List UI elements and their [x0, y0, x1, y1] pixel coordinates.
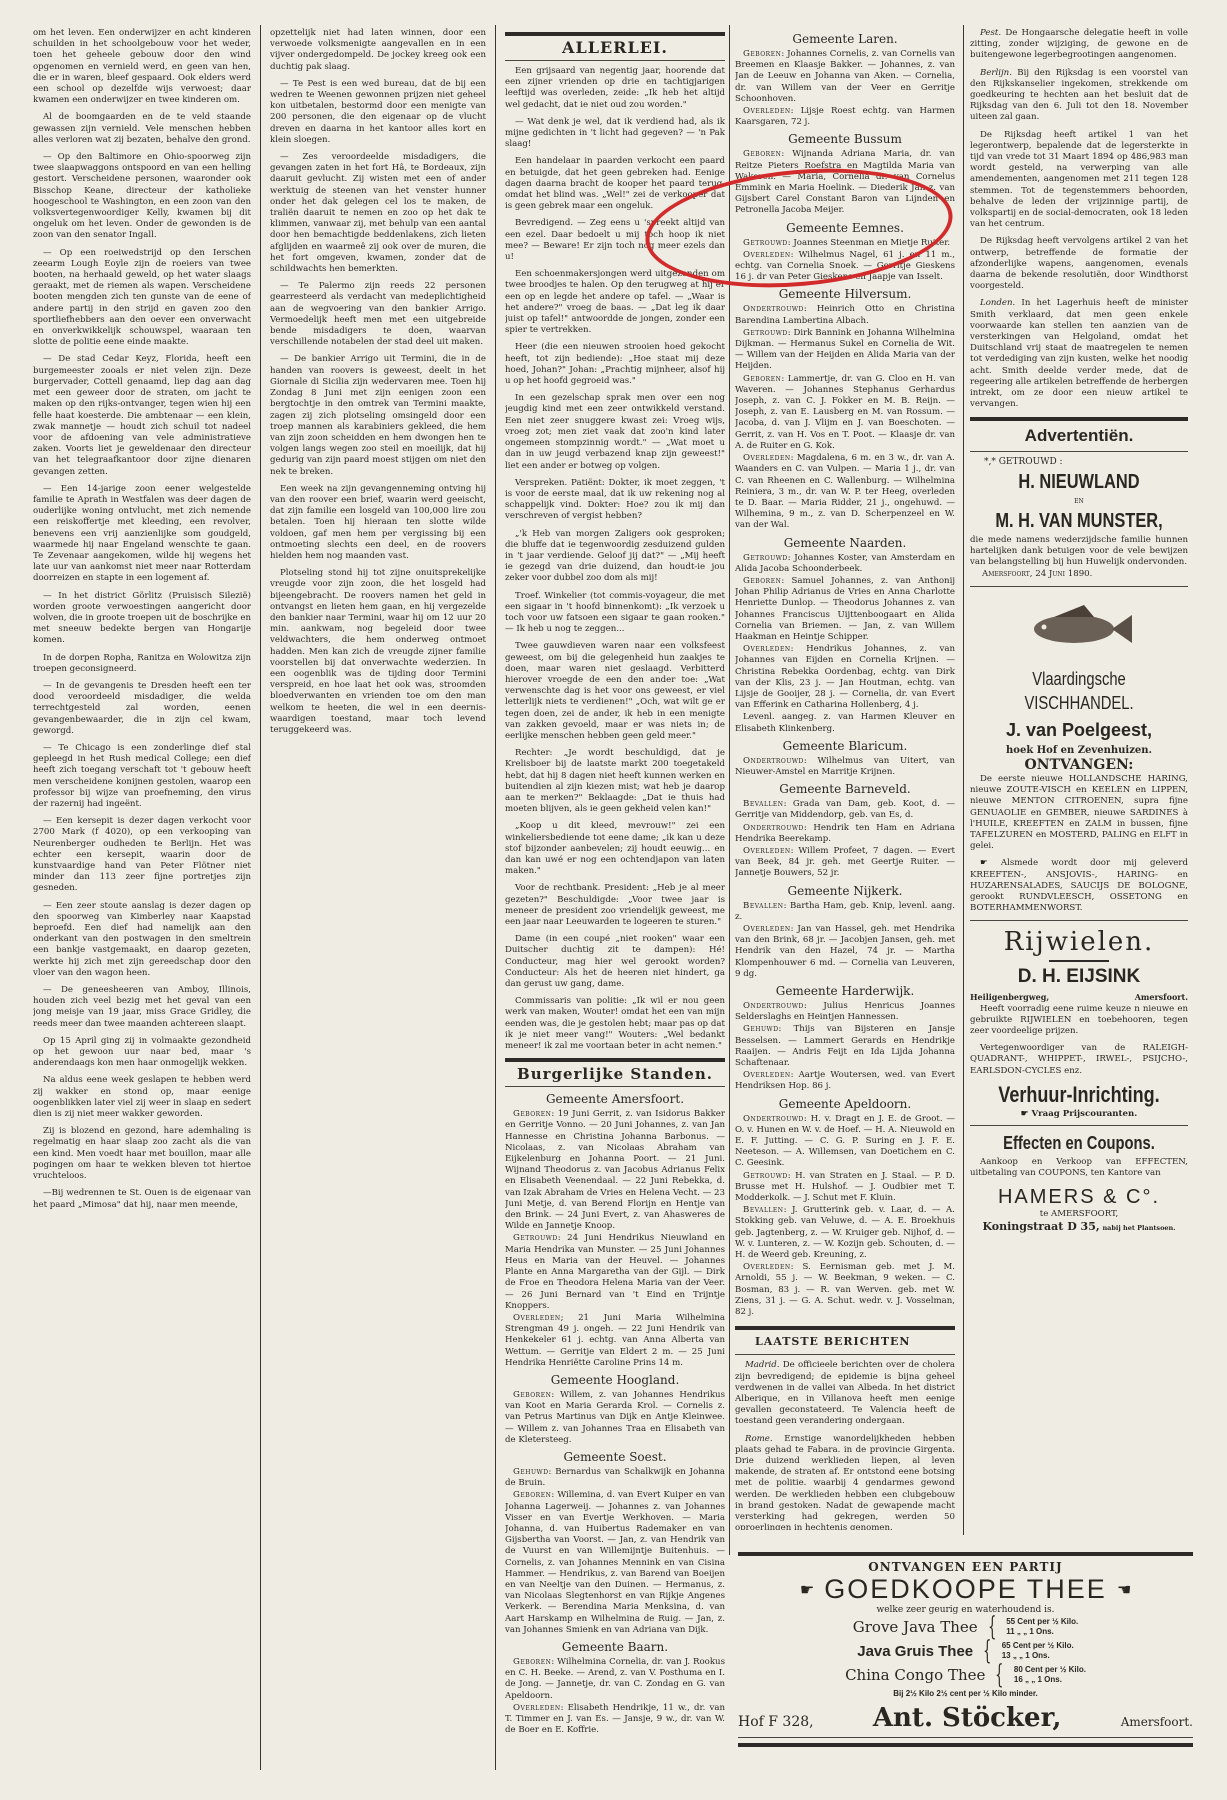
municipality-heading: Gemeente Barneveld. [735, 782, 955, 797]
civil-record: Geboren: Willem, z. van Johannes Hendrik… [505, 1390, 725, 1446]
municipality-heading: Gemeente Baarn. [505, 1640, 725, 1655]
section-rule [505, 1086, 725, 1087]
tea-discount: Bij 2½ Kilo 2½ cent per ½ Kilo minder. [738, 1689, 1193, 1699]
civil-record: Overleden: Jan van Hassel, geh. met Hend… [735, 924, 955, 980]
ask-prices-text: Vraag Prijscouranten. [1031, 1109, 1137, 1119]
anecdote: Dame (in een coupé „niet rooken" waar ee… [505, 934, 725, 990]
bicycle-heading: Rijwielen. [970, 926, 1188, 958]
wedding-body: die mede namens wederzijdsche familie hu… [970, 535, 1188, 569]
tea-sub: welke zeer geurig en waterhoudend is. [738, 1605, 1193, 1615]
news-paragraph: — Een 14-jarige zoon eener welgestelde f… [33, 484, 251, 585]
tea-merchant-row: Hof F 328, Ant. Stöcker, Amersfoort. [738, 1703, 1193, 1733]
civil-record: Levenl. aangeg. z. van Harmen Kleuver en… [735, 712, 955, 734]
record-label: Overleden [743, 250, 791, 260]
news-paragraph: — Een kersepit is dezer dagen verkocht v… [33, 816, 251, 894]
civil-record: Getrouwd: 24 Juni Hendrikus Nieuwland en… [505, 1233, 725, 1311]
price-line: 16 „ „ 1 Ons. [1014, 1675, 1062, 1684]
news-paragraph: Na aldus eene week geslapen te hebben we… [33, 1075, 251, 1120]
burgerlijke-standen-heading: Burgerlijke Standen. [505, 1064, 725, 1084]
civil-record: Ondertrouwd: Hendrik ten Ham en Adriana … [735, 823, 955, 845]
coupon-firm: HAMERS & C°. [970, 1185, 1188, 1209]
civil-record: Ondertrouwd: Julius Henricus Joannes Sel… [735, 1001, 955, 1023]
anecdote: Voor de rechtbank. President: „Heb je al… [505, 883, 725, 928]
pointing-hand-icon: ☛ [1117, 1580, 1131, 1599]
dateline: Rome. [745, 1434, 773, 1444]
anecdote: Commissaris van politie: „Ik wil er nou … [505, 996, 725, 1052]
column-rule [495, 25, 496, 1770]
city: Amersfoort. [1135, 992, 1188, 1003]
civil-record: Ondertrouwd: Wilhelmus van Uitert, van N… [735, 756, 955, 778]
municipality-heading: Gemeente Laren. [735, 32, 955, 47]
tea-city: Amersfoort. [1121, 1715, 1193, 1729]
anecdote: Verspreken. Patiënt: Dokter, ik moet zeg… [505, 478, 725, 523]
laatste-berichten-heading: LAATSTE BERICHTEN [735, 1332, 955, 1352]
section-rule [970, 417, 1188, 421]
civil-record: Overleden: Willem Profeet, 7 dagen. — Ev… [735, 846, 955, 880]
fish-shop-extra-text: Alsmede wordt door mij geleverd KREEFTEN… [970, 858, 1188, 913]
news-paragraph: — De stad Cedar Keyz, Florida, heeft een… [33, 354, 251, 477]
municipality-heading: Gemeente Blaricum. [735, 739, 955, 754]
news-item: De Rijksdag heeft artikel 1 van het lege… [970, 130, 1188, 231]
record-label: Overleden [513, 1313, 561, 1323]
civil-record: Overleden: Magdalena, 6 m. en 3 w., dr. … [735, 453, 955, 531]
tea-ad-top: ONTVANGEN EEN PARTIJ [738, 1560, 1193, 1574]
municipality-heading: Gemeente Apeldoorn. [735, 1097, 955, 1112]
groom-name: H. NIEUWLAND [990, 470, 1169, 494]
anecdote: Bevredigend. — Zeg eens u 'spreekt altij… [505, 218, 725, 263]
record-text: Willemina, d. van Evert Kuiper en van Jo… [505, 1490, 725, 1634]
wedding-ad: *‚* GETROUWD : H. NIEUWLAND EN M. H. VAN… [970, 457, 1188, 580]
civil-record: Geboren: Willemina, d. van Evert Kuiper … [505, 1490, 725, 1636]
column-1-news: om het leven. Een onderwijzer en acht ki… [33, 28, 251, 1770]
record-label: Geboren [743, 576, 781, 586]
news-paragraph: — Te Palermo zijn reeds 22 personen gear… [270, 281, 486, 348]
address-note: nabij het Plantsoen. [1102, 1224, 1175, 1232]
ornament-rule [1049, 960, 1109, 962]
section-rule [505, 32, 725, 36]
rental-heading: Verhuur-Inrichting. [990, 1083, 1169, 1107]
news-item: Pest. De Hongaarsche delegatie heeft in … [970, 28, 1188, 62]
dateline: Londen. [980, 298, 1015, 308]
record-label: Overleden [743, 846, 791, 856]
civil-record: Geboren: Wilhelmina Cornelia, dr. van J.… [505, 1657, 725, 1702]
news-paragraph: In de dorpen Ropha, Ranitza en Wolowitza… [33, 653, 251, 675]
brace-icon: { [995, 1663, 1003, 1687]
fish-shop-extra: ☛ Alsmede wordt door mij geleverd KREEFT… [970, 858, 1188, 914]
column-rule [963, 25, 964, 1535]
record-label: Getrouwd [743, 553, 788, 563]
record-text: Levenl. aangeg. z. van Harmen Kleuver en… [735, 712, 955, 733]
record-label: Getrouwd [743, 238, 788, 248]
record-label: Overleden [743, 644, 791, 654]
tea-price: 80 Cent per ½ Kilo.16 „ „ 1 Ons. [1014, 1665, 1086, 1685]
section-rule [970, 920, 1188, 921]
record-label: Geboren [743, 374, 781, 384]
municipality-heading: Gemeente Nijkerk. [735, 884, 955, 899]
brace-icon: { [983, 1639, 991, 1663]
civil-record: Ondertrouwd: H. v. Dragt en J. E. de Gro… [735, 1114, 955, 1170]
anecdote: — Wat denk je wel, dat ik verdiend had, … [505, 117, 725, 151]
anecdote: „'k Heb van morgen Zaligers ook gesproke… [505, 529, 725, 585]
news-paragraph: — Te Chicago is een zonderlinge dief sta… [33, 743, 251, 810]
news-paragraph: — Op den Baltimore en Ohio-spoorweg zijn… [33, 152, 251, 242]
news-text: De Hongaarsche delegatie heeft in volle … [970, 28, 1188, 60]
record-label: Overleden [743, 924, 791, 934]
municipality-heading: Gemeente Bussum [735, 132, 955, 147]
bicycle-dealer-address: Heiligenbergweg, Amersfoort. [970, 992, 1188, 1003]
section-rule [738, 1743, 1193, 1747]
record-label: Getrouwd [513, 1233, 558, 1243]
anecdote: „Koop u dit kleed, mevrouw!" zei een win… [505, 821, 725, 877]
allerlei-heading: ALLERLEI. [505, 38, 725, 58]
tea-item: China Congo Thee { 80 Cent per ½ Kilo.16… [738, 1663, 1193, 1687]
dateline: Pest. [980, 28, 1001, 38]
column-rule [260, 25, 261, 1770]
record-text: 24 Juni Hendrikus Nieuwland en Maria Hen… [505, 1233, 725, 1310]
news-paragraph: Een week na zijn gevangenneming ontving … [270, 484, 486, 562]
pointing-hand-icon: ☛ [800, 1580, 814, 1599]
fish-illustration-icon [1024, 597, 1134, 657]
tea-price: 55 Cent per ½ Kilo.11 „ „ 1 Ons. [1006, 1617, 1078, 1637]
street-address: Koningstraat D 35, [982, 1220, 1099, 1233]
bicycle-ad: Rijwielen. D. H. EIJSINK Heiligenbergweg… [970, 926, 1188, 1120]
section-rule [970, 586, 1188, 587]
record-label: Geboren [513, 1490, 551, 1500]
anecdote: Een schoenmakersjongen werd uitgezonden … [505, 269, 725, 336]
fish-shop-heading: Vlaardingsche VISCHHANDEL. [990, 667, 1169, 715]
civil-record: Getrouwd: Joannes Steenman en Mietje Rui… [735, 238, 955, 249]
column-5-news-and-ads: Pest. De Hongaarsche delegatie heeft in … [970, 28, 1188, 1535]
section-rule [505, 1058, 725, 1062]
tea-name: China Congo Thee [845, 1666, 985, 1684]
bride-name: M. H. VAN MUNSTER, [990, 509, 1169, 533]
anecdote: Troef. Winkelier (tot commis-voyageur, d… [505, 591, 725, 636]
fish-shop-address: hoek Hof en Zevenhuizen. [970, 745, 1188, 756]
news-paragraph: om het leven. Een onderwijzer en acht ki… [33, 28, 251, 106]
column-4-civil-records: Gemeente Laren. Geboren: Johannes Cornel… [735, 28, 955, 1530]
news-paragraph: — In de gevangenis te Dresden heeft een … [33, 681, 251, 737]
record-text: Lammertje, dr. van G. Cloo en H. van Wav… [735, 374, 955, 451]
conjunction: EN [970, 496, 1188, 507]
news-paragraph: — De geneesheeren van Amboy, Illinois, h… [33, 985, 251, 1030]
civil-record: Bevallen: J. Grutterink geb. v. Laar, d.… [735, 1205, 955, 1261]
anecdote: Een grijsaard van negentig jaar, hoorend… [505, 66, 725, 111]
civil-record: Overleden: Hendrikus Johannes, z. van Jo… [735, 644, 955, 711]
record-label: Overleden [743, 1070, 791, 1080]
pointing-hand-icon: ☛ [980, 858, 1001, 868]
news-paragraph: — Op een roeiwedstrijd op den Ierschen z… [33, 248, 251, 349]
coupon-address: Koningstraat D 35, nabij het Plantsoen. [970, 1221, 1188, 1234]
news-item: Londen. In het Lagerhuis heeft de minist… [970, 298, 1188, 410]
civil-record: Geboren: Wijnanda Adriana Maria, dr. van… [735, 149, 955, 216]
dateline: Madrid. [745, 1360, 780, 1370]
tea-ad: ONTVANGEN EEN PARTIJ ☛ GOEDKOOPE THEE ☛ … [738, 1548, 1193, 1733]
news-paragraph: Zij is blozend en gezond, hare ademhalin… [33, 1126, 251, 1182]
bicycle-dealer-name: D. H. EIJSINK [970, 965, 1188, 989]
fish-shop-received: ONTVANGEN: [970, 756, 1188, 774]
column-2-news: opzettelijk niet had laten winnen, door … [270, 28, 486, 1770]
news-paragraph: — De bankier Arrigo uit Termini, die in … [270, 354, 486, 477]
news-paragraph: opzettelijk niet had laten winnen, door … [270, 28, 486, 73]
civil-record: Ondertrouwd: Heinrich Otto en Christina … [735, 304, 955, 326]
municipality-heading: Gemeente Amersfoort. [505, 1092, 725, 1107]
record-label: Ondertrouwd [743, 1114, 804, 1124]
ask-prices: ☛ Vraag Prijscouranten. [970, 1109, 1188, 1120]
tea-headline-row: ☛ GOEDKOOPE THEE ☛ [738, 1574, 1193, 1605]
news-paragraph: Plotseling stond hij tot zijne onuitspre… [270, 568, 486, 736]
record-label: Geboren [743, 149, 781, 159]
section-rule [970, 451, 1188, 452]
news-item: De Rijksdag heeft vervolgens artikel 2 v… [970, 236, 1188, 292]
civil-record: Geboren: Samuel Johannes, z. van Anthoni… [735, 576, 955, 643]
civil-record: Getrouwd: Johannes Koster, van Amsterdam… [735, 553, 955, 575]
news-paragraph: Op 15 April ging zij in volmaakte gezond… [33, 1036, 251, 1070]
record-label: Ondertrouwd [743, 1001, 804, 1011]
tea-name: Grove Java Thee [853, 1618, 978, 1636]
tea-item: Grove Java Thee { 55 Cent per ½ Kilo.11 … [738, 1615, 1193, 1639]
news-item: Rome. Ernstige wanordelijkheden hebben p… [735, 1434, 955, 1530]
record-label: Overleden [743, 453, 791, 463]
record-label: Geboren [513, 1390, 551, 1400]
civil-record: Overleden: Wilhelmus Nagel, 61 j. en 11 … [735, 250, 955, 284]
coupon-ad: Effecten en Coupons. Aankoop en Verkoop … [970, 1131, 1188, 1234]
dateline: Berlijn. [980, 68, 1012, 78]
record-label: Bevallen [743, 1205, 784, 1215]
news-item: Madrid. De officieele berichten over de … [735, 1360, 955, 1427]
civil-record: Getrouwd: Dirk Bannink en Johanna Wilhel… [735, 328, 955, 373]
news-paragraph: —Bij wedrennen te St. Ouen is de eigenaa… [33, 1188, 251, 1210]
record-label: Overleden [743, 1262, 791, 1272]
tea-headline: GOEDKOOPE THEE [824, 1574, 1107, 1605]
civil-record: Gehuwd: Bernardus van Schalkwijk en Joha… [505, 1467, 725, 1489]
municipality-heading: Gemeente Hoogland. [505, 1373, 725, 1388]
civil-record: Overleden: Lijsje Roest echtg. van Harme… [735, 106, 955, 128]
news-paragraph: — Zes veroordeelde misdadigers, die geva… [270, 152, 486, 275]
municipality-heading: Gemeente Hilversum. [735, 287, 955, 302]
anecdote: Twee gauwdieven waren naar een volksfees… [505, 641, 725, 742]
anecdote: Rechter: „Je wordt beschuldigd, dat je K… [505, 748, 725, 815]
street: Heiligenbergweg, [970, 992, 1049, 1003]
section-rule [735, 1354, 955, 1355]
anecdote: Heer (die een nieuwen strooien hoed geko… [505, 342, 725, 387]
news-paragraph: — In het district Görlitz (Pruisisch Sil… [33, 591, 251, 647]
news-paragraph: Al de boomgaarden en de te veld staande … [33, 112, 251, 146]
fish-shop-ad: Vlaardingsche VISCHHANDEL. J. van Poelge… [970, 667, 1188, 915]
tea-name: Java Gruis Thee [857, 1643, 973, 1660]
record-text: Joannes Steenman en Mietje Ruiter. [793, 238, 950, 248]
record-label: Gehuwd [743, 1024, 779, 1034]
news-item: Berlijn. Bij den Rijksdag is een voorste… [970, 68, 1188, 124]
price-line: 80 Cent per ½ Kilo. [1014, 1665, 1086, 1674]
record-label: Ondertrouwd [743, 823, 804, 833]
record-text: Magdalena, 6 m. en 3 w., dr. van A. Waan… [735, 453, 955, 530]
section-rule [738, 1552, 1193, 1556]
record-label: Ondertrouwd [743, 304, 804, 314]
record-label: Overleden [513, 1703, 561, 1713]
bicycle-agent: Vertegenwoordiger van de RALEIGH-QUADRAN… [970, 1043, 1188, 1077]
record-label: Bevallen [743, 901, 784, 911]
municipality-heading: Gemeente Soest. [505, 1450, 725, 1465]
civil-record: Bevallen: Grada van Dam, geb. Koot, d. —… [735, 799, 955, 821]
record-label: Bevallen [743, 799, 784, 809]
anecdote: Een handelaar in paarden verkocht een pa… [505, 156, 725, 212]
tea-item: Java Gruis Thee { 65 Cent per ½ Kilo.13 … [738, 1639, 1193, 1663]
record-label: Getrouwd [743, 1171, 788, 1181]
wedding-place-date: Amersfoort, 24 Juni 1890. [970, 569, 1188, 580]
record-label: Gehuwd [513, 1467, 549, 1477]
civil-record: Overleden: S. Eernisman geb. met J. M. A… [735, 1262, 955, 1318]
record-label: Geboren [513, 1109, 551, 1119]
section-rule [505, 60, 725, 61]
wedding-prefix: *‚* GETROUWD : [970, 457, 1188, 468]
civil-record: Bevallen: Bartha Ham, geb. Knip, levenl.… [735, 901, 955, 923]
civil-record: Getrouwd: H. van Straten en J. Staal. — … [735, 1171, 955, 1205]
section-rule [738, 1737, 1193, 1738]
price-line: 55 Cent per ½ Kilo. [1006, 1617, 1078, 1626]
column-rule [729, 25, 730, 1555]
pointing-hand-icon: ☛ [1021, 1109, 1032, 1119]
section-rule [735, 1326, 955, 1330]
section-rule [970, 1125, 1188, 1126]
price-line: 11 „ „ 1 Ons. [1006, 1627, 1054, 1636]
municipality-heading: Gemeente Naarden. [735, 536, 955, 551]
civil-record: Overleden; 21 Juni Maria Wilhelmina Stre… [505, 1313, 725, 1369]
anecdote: In een gezelschap sprak men over een nog… [505, 393, 725, 471]
tea-merchant: Ant. Stöcker, [873, 1703, 1062, 1733]
column-3-allerlei: ALLERLEI. Een grijsaard van negentig jaa… [505, 28, 725, 1770]
civil-record: Geboren: 19 Juni Gerrit, z. van Isidorus… [505, 1109, 725, 1232]
bicycle-body: Heeft voorradig eene ruime keuze n nieuw… [970, 1004, 1188, 1038]
civil-record: Gehuwd: Thijs van Bijsteren en Jansje Be… [735, 1024, 955, 1069]
tea-price: 65 Cent per ½ Kilo.13 „ „ 1 Ons. [1002, 1641, 1074, 1661]
municipality-heading-eemnes: Gemeente Eemnes. [735, 221, 955, 236]
record-text: 19 Juni Gerrit, z. van Isidorus Bakker e… [505, 1109, 725, 1231]
record-label: Geboren [513, 1657, 551, 1667]
price-line: 65 Cent per ½ Kilo. [1002, 1641, 1074, 1650]
record-label: Getrouwd [743, 328, 788, 338]
fish-shop-body: De eerste nieuwe HOLLANDSCHE HARING, nie… [970, 774, 1188, 852]
civil-record: Overleden: Aartje Woutersen, wed. van Ev… [735, 1070, 955, 1092]
civil-record: Geboren: Lammertje, dr. van G. Cloo en H… [735, 374, 955, 452]
coupon-heading: Effecten en Coupons. [990, 1131, 1169, 1155]
civil-record: Overleden: Elisabeth Hendrikje, 11 w., d… [505, 1703, 725, 1737]
municipality-heading: Gemeente Harderwijk. [735, 984, 955, 999]
news-text: In het Lagerhuis heeft de minister Smith… [970, 298, 1188, 409]
civil-record: Geboren: Johannes Cornelis, z. van Corne… [735, 49, 955, 105]
news-text: Ernstige wanordelijkheden hebben plaats … [735, 1434, 955, 1530]
record-label: Geboren [743, 49, 781, 59]
advertenties-heading: Advertentiën. [970, 424, 1188, 448]
news-paragraph: — Een zeer stoute aanslag is dezer dagen… [33, 901, 251, 979]
record-label: Overleden [743, 106, 791, 116]
news-paragraph: — Te Pest is een wed bureau, dat de bij … [270, 79, 486, 146]
fish-shop-name: J. van Poelgeest, [970, 718, 1188, 742]
coupon-body: Aankoop en Verkoop van EFFECTEN, uitbeta… [970, 1157, 1188, 1179]
record-label: Ondertrouwd [743, 756, 804, 766]
price-line: 13 „ „ 1 Ons. [1002, 1651, 1050, 1660]
tea-address: Hof F 328, [738, 1714, 814, 1730]
